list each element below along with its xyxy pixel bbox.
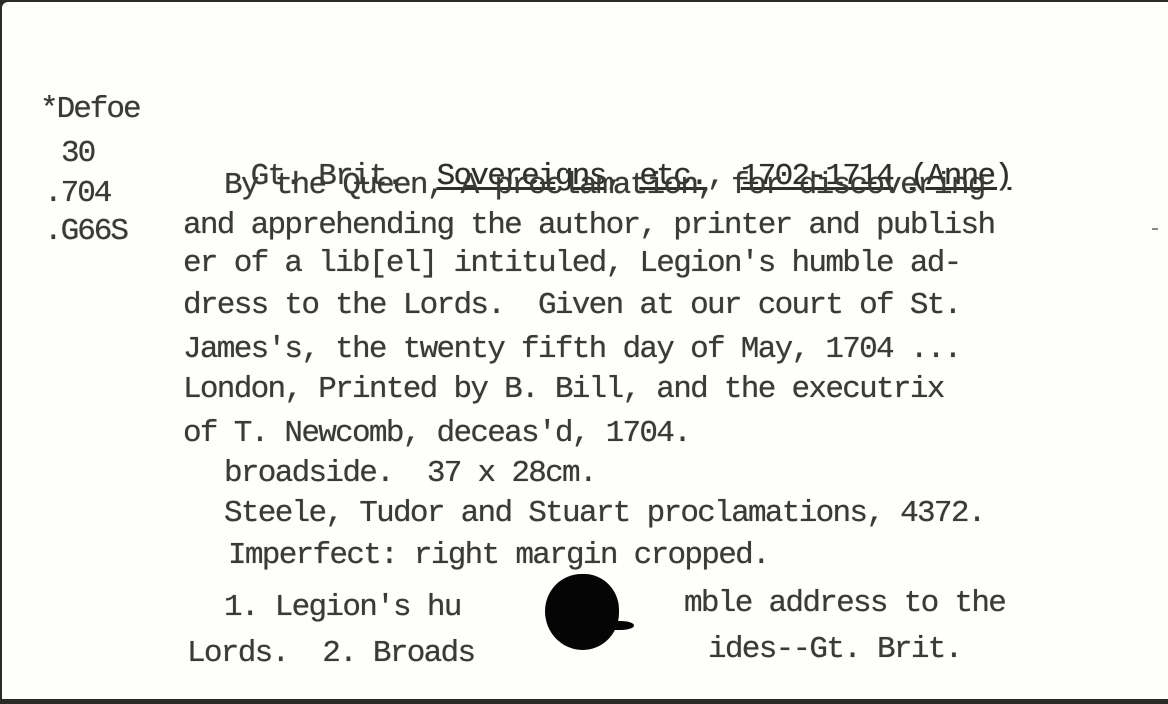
punch-hole-icon	[545, 574, 619, 650]
call-number-line-1: *Defoe	[40, 94, 140, 125]
tracing-line-2-right: ides--Gt. Brit.	[708, 634, 962, 665]
call-number-line-3: .704	[44, 178, 110, 209]
tracing-line-1-right: mble address to the	[684, 588, 1005, 619]
imprint-line: of T. Newcomb, deceas'd, 1704.	[183, 418, 690, 449]
reference-note: Steele, Tudor and Stuart proclamations, …	[224, 498, 985, 529]
collation: broadside. 37 x 28cm.	[224, 458, 596, 489]
title-line: and apprehending the author, printer and…	[183, 210, 994, 241]
punch-hole-tail-icon	[608, 621, 634, 630]
call-number-line-4: .G66S	[44, 216, 127, 247]
stray-mark	[1152, 228, 1158, 230]
title-line: James's, the twenty fifth day of May, 17…	[183, 334, 961, 365]
title-line: er of a lib[el] intituled, Legion's humb…	[183, 248, 961, 279]
title-line: dress to the Lords. Given at our court o…	[183, 290, 961, 321]
call-number-line-2: 30	[61, 138, 94, 169]
catalog-card: *Defoe 30 .704 .G66S Gt. Brit. Sovereign…	[2, 2, 1168, 699]
tracing-line-2-left: Lords. 2. Broads	[187, 638, 474, 669]
condition-note: Imperfect: right margin cropped.	[228, 540, 769, 571]
title-line: By the Queen, A proclamation, for discov…	[224, 170, 985, 201]
imprint-line: London, Printed by B. Bill, and the exec…	[183, 374, 944, 405]
tracing-line-1-left: 1. Legion's hu	[224, 592, 461, 623]
